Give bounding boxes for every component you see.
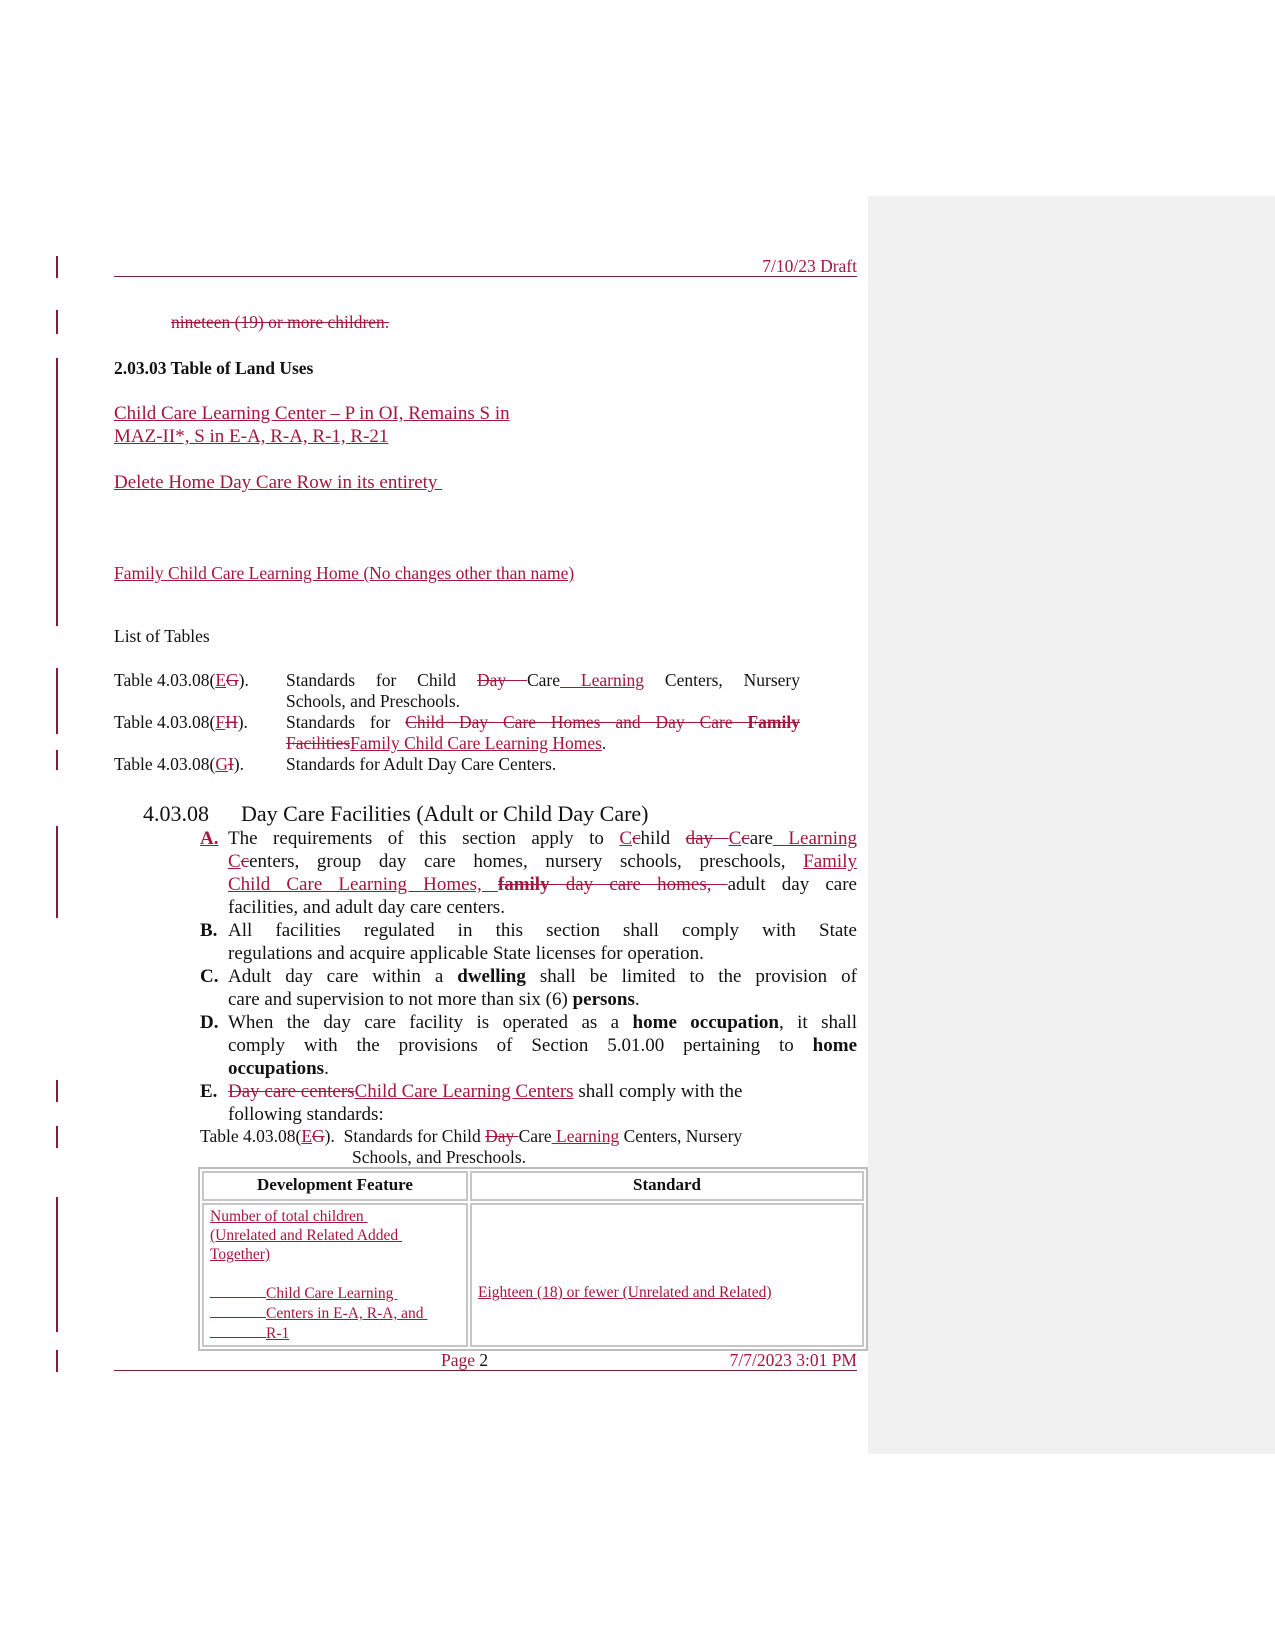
inserted-text: G xyxy=(215,754,228,774)
inserted-text: C xyxy=(619,828,632,849)
label-text: ). xyxy=(238,712,248,732)
inserted-text: Child Care Learning xyxy=(266,1285,397,1302)
text: When the day care facility is operated a… xyxy=(228,1012,633,1033)
item-a-line-3: Child Care Learning Homes, family day ca… xyxy=(228,874,857,896)
family-home-note: Family Child Care Learning Home (No chan… xyxy=(114,563,574,584)
label-text: ). xyxy=(234,754,244,774)
item-a-line-2: Ccenters, group day care homes, nursery … xyxy=(228,851,857,873)
item-e-line-2: following standards: xyxy=(228,1104,384,1126)
sub-feature-line: R-1 xyxy=(210,1323,460,1343)
item-e-marker: E. xyxy=(200,1081,217,1103)
text: care and supervision to not more than si… xyxy=(228,989,573,1010)
item-e-line-1: Day care centersChild Care Learning Cent… xyxy=(228,1081,742,1103)
inserted-text: E xyxy=(215,670,226,690)
item-a-line-4: facilities, and adult day care centers. xyxy=(228,897,505,919)
text: . xyxy=(602,733,606,753)
deleted-text: family xyxy=(498,874,550,895)
item-b-line-2: regulations and acquire applicable State… xyxy=(228,943,704,965)
lot-row-3-label: Table 4.03.08(GI). xyxy=(114,754,244,775)
inserted-text: Learning xyxy=(560,670,644,690)
spacer xyxy=(210,1264,460,1283)
footer-page: Page 2 xyxy=(441,1350,488,1371)
lot-row-1-line-2: Schools, and Preschools. xyxy=(286,691,460,712)
footer-timestamp: 7/7/2023 3:01 PM xyxy=(730,1350,857,1371)
change-bar xyxy=(56,688,58,734)
lot-row-2-line-1: Standards for Child Day Care Homes and D… xyxy=(286,712,800,733)
text: Standards for Child xyxy=(286,670,477,690)
label-text: Table 4.03.08( xyxy=(114,754,215,774)
item-d-line-3: occupations. xyxy=(228,1058,329,1080)
section-number-40308: 4.03.08 xyxy=(143,801,209,827)
inserted-text: C xyxy=(228,851,241,872)
item-b-marker: B. xyxy=(200,920,217,942)
label-text: ). xyxy=(239,670,249,690)
deleted-text: Family xyxy=(747,712,800,732)
lot-row-1-line-1: Standards for Child Day Care Learning Ce… xyxy=(286,670,800,691)
header-draft-label: 7/10/23 Draft xyxy=(762,256,857,277)
change-bar xyxy=(56,256,58,278)
lot-row-3-line-1: Standards for Adult Day Care Centers. xyxy=(286,754,556,775)
text: are xyxy=(750,828,773,849)
land-use-insert-line-2: MAZ-II*, S in E-A, R-A, R-1, R-21 xyxy=(114,426,388,448)
text: Care xyxy=(519,1126,552,1146)
deleted-fragment: nineteen (19) or more children. xyxy=(171,312,389,333)
change-bar xyxy=(56,358,58,626)
lot-row-2-label: Table 4.03.08(FH). xyxy=(114,712,248,733)
text: Centers, Nursery xyxy=(619,1126,742,1146)
inserted-text: R-1 xyxy=(266,1325,289,1342)
inserted-text: C xyxy=(729,828,742,849)
item-c-line-2: care and supervision to not more than si… xyxy=(228,989,640,1011)
inserted-text: F xyxy=(215,712,225,732)
text: The requirements of this section apply t… xyxy=(228,828,619,849)
page-label: Page xyxy=(441,1350,479,1370)
deleted-text: day xyxy=(686,828,729,849)
standards-table: Development Feature Standard Number of t… xyxy=(198,1167,868,1351)
text: Centers, Nursery xyxy=(644,670,800,690)
inserted-text: Learning xyxy=(552,1126,620,1146)
table-header-row: Development Feature Standard xyxy=(202,1171,864,1201)
item-d-line-2: comply with the provisions of Section 5.… xyxy=(228,1035,857,1057)
text: shall comply with the xyxy=(574,1081,743,1102)
deleted-text: Day care centers xyxy=(228,1081,355,1102)
list-of-tables-title: List of Tables xyxy=(114,626,210,647)
label-text: Table 4.03.08( xyxy=(114,712,215,732)
text: Table 4.03.08( xyxy=(200,1126,301,1146)
delete-row-note: Delete Home Day Care Row in its entirety xyxy=(114,472,442,494)
tab-leader xyxy=(210,1303,266,1318)
standard-cell: Eighteen (18) or fewer (Unrelated and Re… xyxy=(470,1203,864,1347)
deleted-text: Child Day Care Homes and Day Care xyxy=(405,712,747,732)
inserted-text: Child Care Learning Centers xyxy=(355,1081,574,1102)
feature-line: (Unrelated and Related Added xyxy=(210,1226,460,1245)
column-header-standard: Standard xyxy=(470,1171,864,1201)
defined-term: home occupation xyxy=(633,1012,779,1033)
item-c-marker: C. xyxy=(200,966,218,988)
deleted-text: Facilities xyxy=(286,733,350,753)
change-bar xyxy=(56,826,58,918)
defined-term: dwelling xyxy=(457,966,526,987)
text: enters, group day care homes, nursery sc… xyxy=(249,851,803,872)
footer-rule xyxy=(114,1370,857,1371)
text: Standards for xyxy=(286,712,405,732)
deleted-text: Day xyxy=(477,670,527,690)
text: adult day care xyxy=(728,874,857,895)
text: hild xyxy=(641,828,686,849)
tab-leader xyxy=(210,1323,266,1338)
text: . xyxy=(635,989,640,1010)
land-use-insert-line-1: Child Care Learning Center – P in OI, Re… xyxy=(114,403,510,425)
text: Adult day care within a xyxy=(228,966,457,987)
inserted-text: E xyxy=(301,1126,312,1146)
change-bar xyxy=(56,668,58,688)
inserted-text: Learning xyxy=(773,828,857,849)
text: Care xyxy=(527,670,560,690)
deleted-text: c xyxy=(632,828,640,849)
inserted-text: Family Child Care Learning Homes xyxy=(350,733,602,753)
tab-leader xyxy=(210,1283,266,1298)
table-row: Number of total children (Unrelated and … xyxy=(202,1203,864,1347)
deleted-text: G xyxy=(312,1126,325,1146)
deleted-text: G xyxy=(226,670,239,690)
inserted-text: Centers in E-A, R-A, and xyxy=(266,1305,427,1322)
text: ). Standards for Child xyxy=(325,1126,485,1146)
label-text: Table 4.03.08( xyxy=(114,670,215,690)
deleted-text: day care homes, xyxy=(550,874,728,895)
item-c-line-1: Adult day care within a dwelling shall b… xyxy=(228,966,857,988)
text: . xyxy=(324,1058,329,1079)
table-caption-line-1: Table 4.03.08(EG). Standards for Child D… xyxy=(200,1126,742,1147)
item-b-line-1: All facilities regulated in this section… xyxy=(228,920,857,942)
feature-line: Number of total children xyxy=(210,1207,460,1226)
sub-feature-line: Child Care Learning xyxy=(210,1283,460,1303)
inserted-text: Child Care Learning Homes, xyxy=(228,874,498,895)
item-a-marker: A. xyxy=(200,828,218,850)
standard-value: Eighteen (18) or fewer (Unrelated and Re… xyxy=(478,1283,856,1302)
section-heading-20303: 2.03.03 Table of Land Uses xyxy=(114,358,313,379)
inserted-text: Family xyxy=(803,851,857,872)
lot-row-2-line-2: FacilitiesFamily Child Care Learning Hom… xyxy=(286,733,606,754)
header-rule xyxy=(114,276,857,277)
column-header-development-feature: Development Feature xyxy=(202,1171,468,1201)
feature-line: Together) xyxy=(210,1245,460,1264)
spacer xyxy=(478,1207,856,1283)
change-bar xyxy=(56,1126,58,1148)
change-bar xyxy=(56,750,58,770)
deleted-text: H xyxy=(225,712,238,732)
defined-term: occupations xyxy=(228,1058,324,1079)
deleted-text: Day xyxy=(485,1126,519,1146)
lot-row-1-label: Table 4.03.08(EG). xyxy=(114,670,249,691)
page-number: 2 xyxy=(479,1350,488,1370)
change-bar xyxy=(56,310,58,334)
comment-pane xyxy=(868,196,1275,1454)
change-bar xyxy=(56,1350,58,1372)
text: comply with the provisions of Section 5.… xyxy=(228,1035,813,1056)
text: shall be limited to the provision of xyxy=(526,966,857,987)
text: , it shall xyxy=(779,1012,857,1033)
item-d-line-1: When the day care facility is operated a… xyxy=(228,1012,857,1034)
item-d-marker: D. xyxy=(200,1012,218,1034)
item-a-line-1: The requirements of this section apply t… xyxy=(228,828,857,850)
change-bar xyxy=(56,1197,58,1332)
change-bar xyxy=(56,1080,58,1102)
deleted-text: c xyxy=(241,851,249,872)
section-title-40308: Day Care Facilities (Adult or Child Day … xyxy=(241,801,649,827)
deleted-text: c xyxy=(741,828,749,849)
defined-term: home xyxy=(813,1035,857,1056)
defined-term: persons xyxy=(573,989,635,1010)
table-caption-line-2: Schools, and Preschools. xyxy=(352,1147,526,1168)
development-feature-cell: Number of total children (Unrelated and … xyxy=(202,1203,468,1347)
sub-feature-line: Centers in E-A, R-A, and xyxy=(210,1303,460,1323)
